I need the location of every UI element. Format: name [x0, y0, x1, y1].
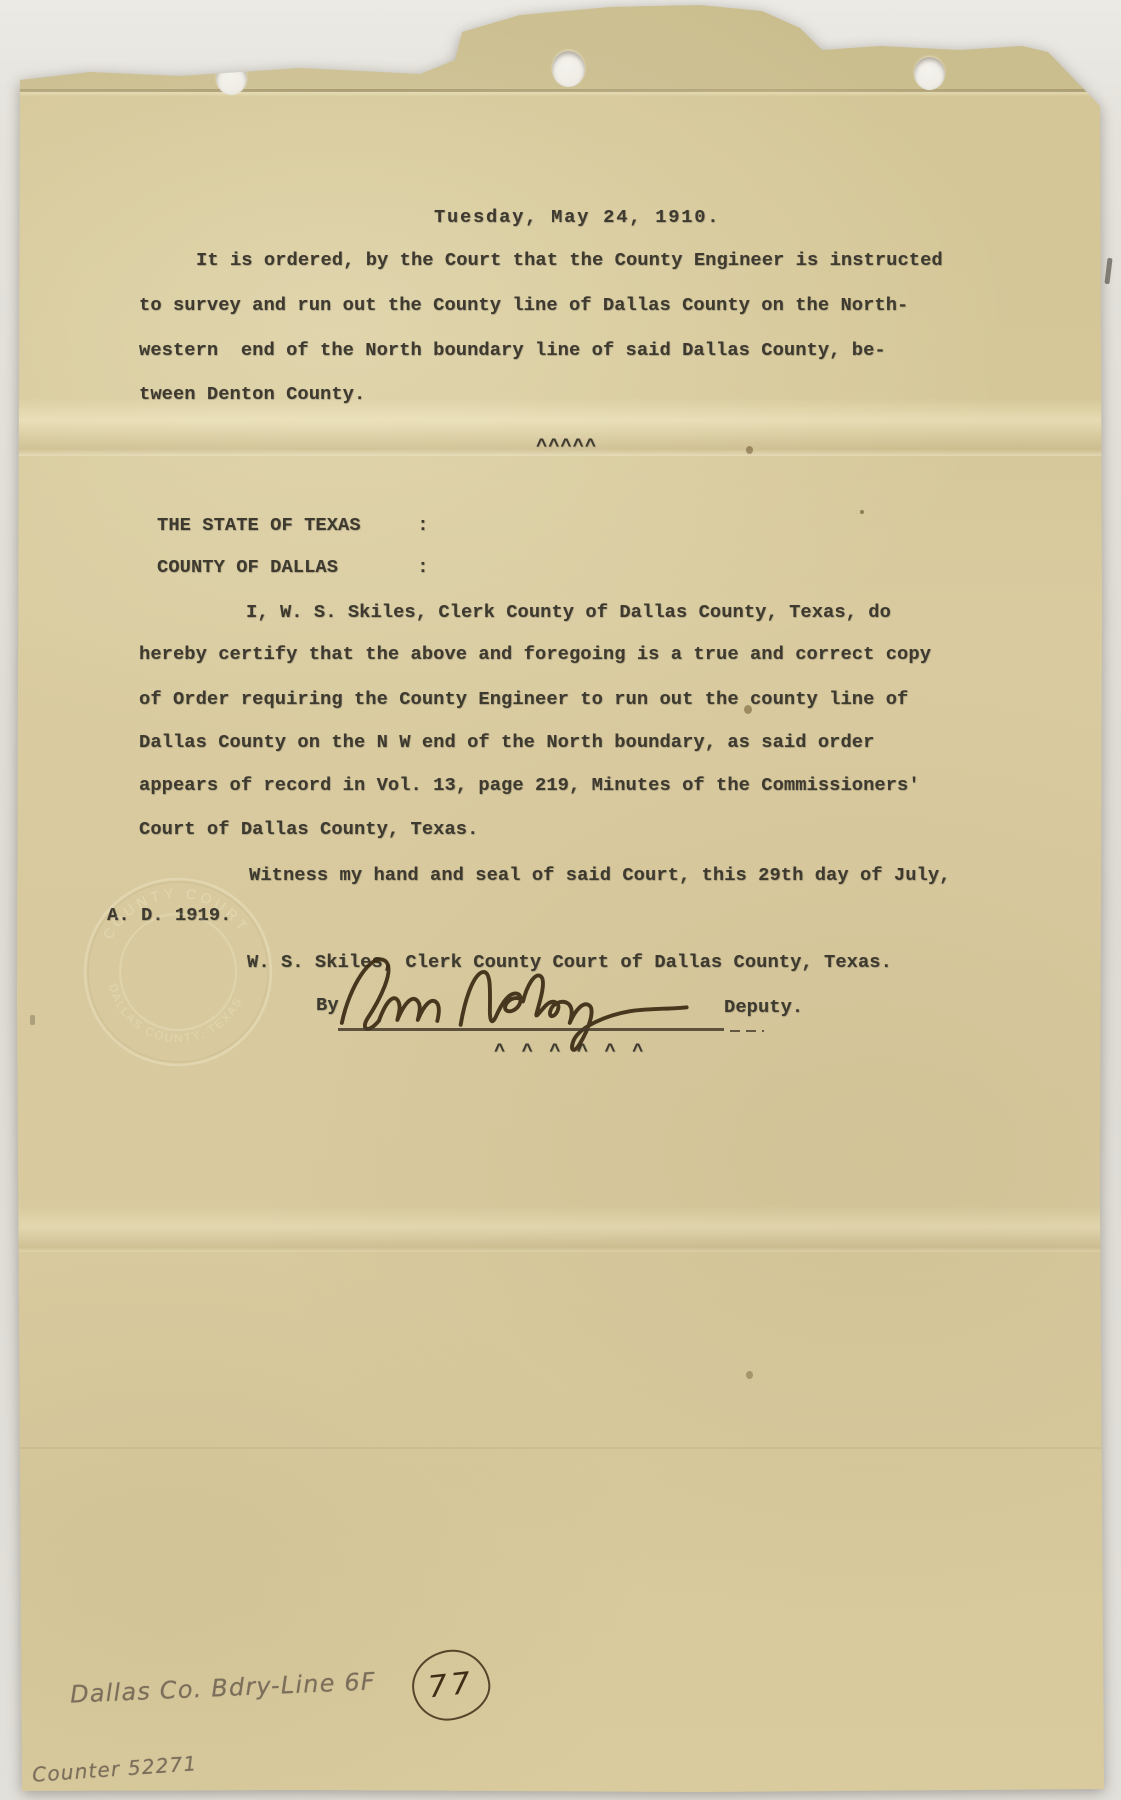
order-text-line: tween Denton County. — [139, 385, 365, 404]
paper-speck — [744, 705, 752, 714]
fold-crease — [18, 1206, 1104, 1252]
punch-hole — [914, 57, 945, 90]
county-caption: COUNTY OF DALLAS : — [157, 558, 429, 577]
paper-wrap: Tuesday, May 24, 1910. It is ordered, by… — [0, 0, 1121, 1800]
sheet-edge-crease — [18, 89, 1102, 92]
fold-crease — [18, 1447, 1104, 1449]
signature-underline — [338, 1028, 724, 1031]
document-page: Tuesday, May 24, 1910. It is ordered, by… — [0, 0, 1121, 1800]
certificate-text-line: hereby certify that the above and forego… — [139, 645, 931, 664]
certificate-text-line: Court of Dallas County, Texas. — [139, 820, 478, 839]
certificate-text-line: Dallas County on the N W end of the Nort… — [139, 733, 874, 752]
paper-speck — [746, 446, 753, 454]
state-caption: THE STATE OF TEXAS : — [157, 516, 429, 535]
signature-underline-dashes — [730, 1030, 764, 1032]
svg-text:DALLAS COUNTY, TEXAS: DALLAS COUNTY, TEXAS — [106, 983, 245, 1045]
order-text-line: western end of the North boundary line o… — [139, 341, 886, 360]
paper-speck — [860, 510, 864, 514]
paper-speck — [30, 1015, 35, 1025]
paper-speck — [746, 1371, 753, 1379]
order-text-line: It is ordered, by the Court that the Cou… — [196, 251, 943, 270]
deputy-label: Deputy. — [724, 998, 803, 1017]
caret-separator: ^^^^^ — [536, 437, 597, 456]
witness-line: Witness my hand and seal of said Court, … — [249, 866, 951, 885]
certificate-text-line: I, W. S. Skiles, Clerk County of Dallas … — [246, 603, 891, 622]
page-number: 77 — [426, 1665, 476, 1705]
order-text-line: to survey and run out the County line of… — [139, 296, 908, 315]
scan-background: Tuesday, May 24, 1910. It is ordered, by… — [0, 0, 1121, 1800]
deputy-signature — [322, 943, 724, 1055]
subject-annotation: Dallas Co. Bdry-Line 6F — [70, 1667, 377, 1708]
embossed-county-seal: COUNTY COURT DALLAS COUNTY, TEXAS — [76, 870, 280, 1074]
order-date-line: Tuesday, May 24, 1910. — [434, 208, 720, 227]
certificate-text-line: appears of record in Vol. 13, page 219, … — [139, 776, 920, 795]
page-number-annotation: 77 — [407, 1644, 495, 1725]
punch-hole — [216, 62, 247, 95]
certificate-text-line: of Order requiring the County Engineer t… — [139, 690, 908, 709]
counter-annotation: Counter 52271 — [31, 1751, 198, 1786]
punch-hole — [552, 51, 585, 87]
